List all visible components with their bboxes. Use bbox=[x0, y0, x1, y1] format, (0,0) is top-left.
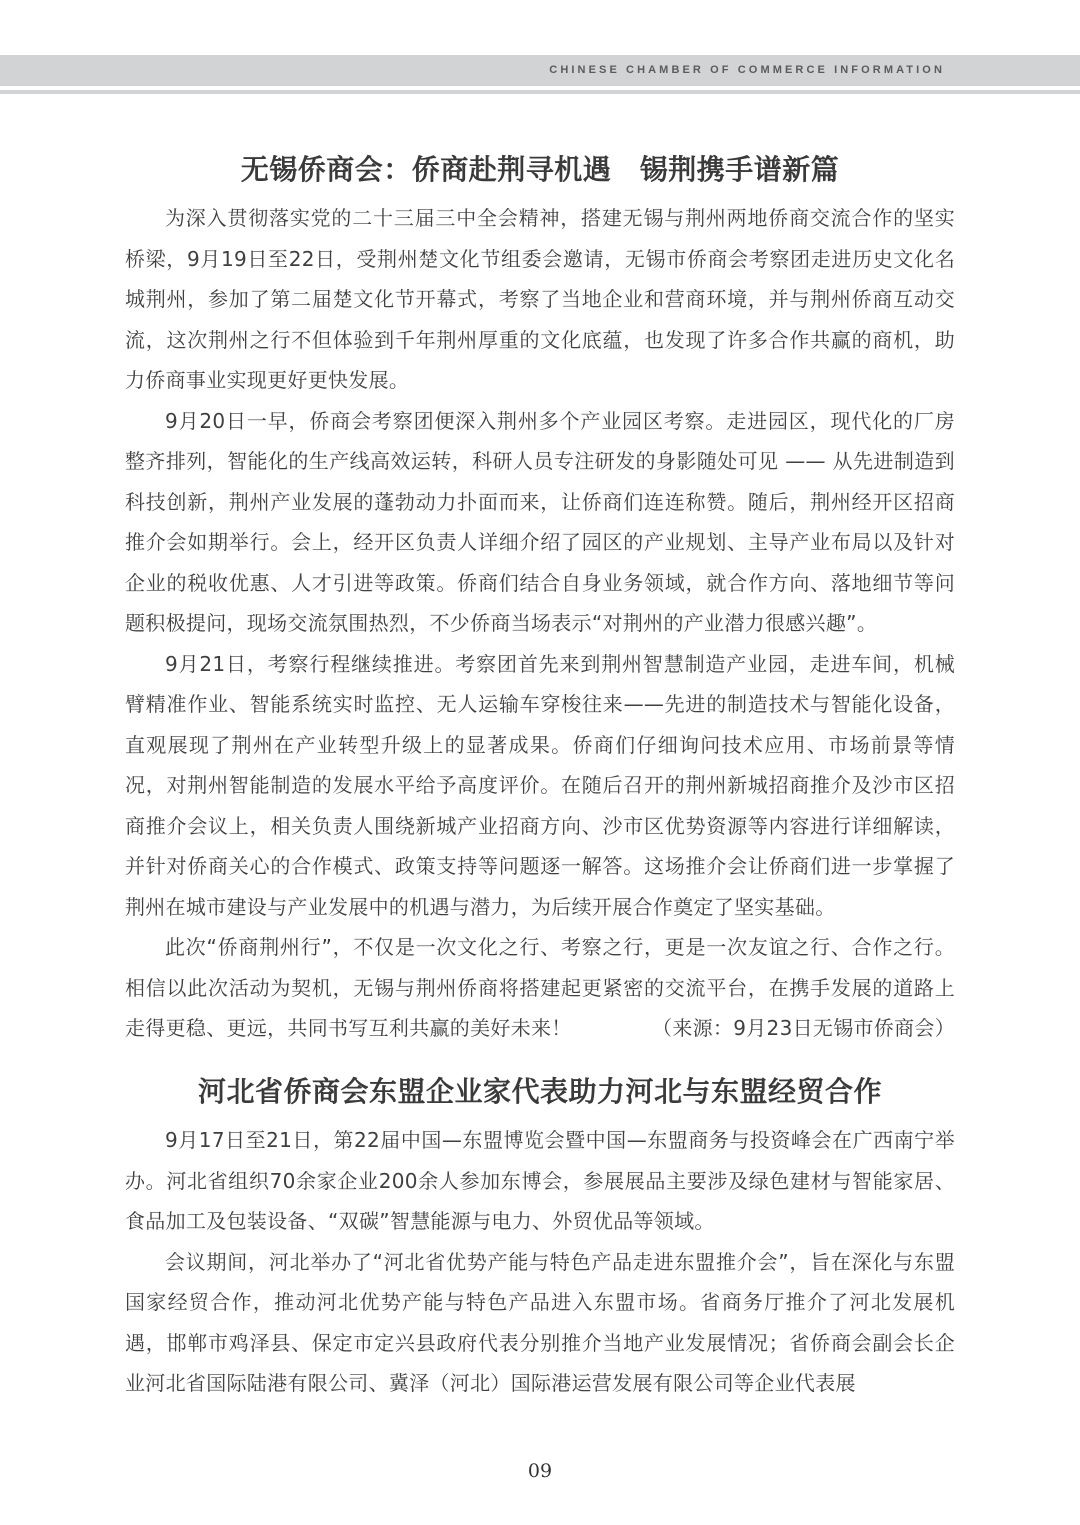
article-source: （来源：9月23日无锡市侨商会） bbox=[612, 1008, 955, 1049]
article-title: 无锡侨商会：侨商赴荆寻机遇 锡荆携手谱新篇 bbox=[125, 148, 955, 192]
article-paragraph-closing: 此次“侨商荆州行”，不仅是一次文化之行、考察之行，更是一次友谊之行、合作之行。相… bbox=[125, 927, 955, 1049]
header-divider bbox=[0, 90, 1080, 94]
article-paragraph: 会议期间，河北举办了“河北省优势产能与特色产品走进东盟推介会”，旨在深化与东盟国… bbox=[125, 1242, 955, 1404]
page-number: 09 bbox=[0, 1460, 1080, 1482]
article-wuxi: 无锡侨商会：侨商赴荆寻机遇 锡荆携手谱新篇 为深入贯彻落实党的二十三届三中全会精… bbox=[125, 148, 955, 1049]
article-paragraph: 9月21日，考察行程继续推进。考察团首先来到荆州智慧制造产业园，走进车间，机械臂… bbox=[125, 644, 955, 928]
article-paragraph: 9月17日至21日，第22届中国—东盟博览会暨中国—东盟商务与投资峰会在广西南宁… bbox=[125, 1120, 955, 1242]
running-title: CHINESE CHAMBER OF COMMERCE INFORMATION bbox=[549, 64, 945, 76]
article-paragraph: 为深入贯彻落实党的二十三届三中全会精神，搭建无锡与荆州两地侨商交流合作的坚实桥梁… bbox=[125, 198, 955, 401]
article-title: 河北省侨商会东盟企业家代表助力河北与东盟经贸合作 bbox=[125, 1070, 955, 1114]
article-paragraph: 9月20日一早，侨商会考察团便深入荆州多个产业园区考察。走进园区，现代化的厂房整… bbox=[125, 401, 955, 644]
article-hebei: 河北省侨商会东盟企业家代表助力河北与东盟经贸合作 9月17日至21日，第22届中… bbox=[125, 1070, 955, 1404]
